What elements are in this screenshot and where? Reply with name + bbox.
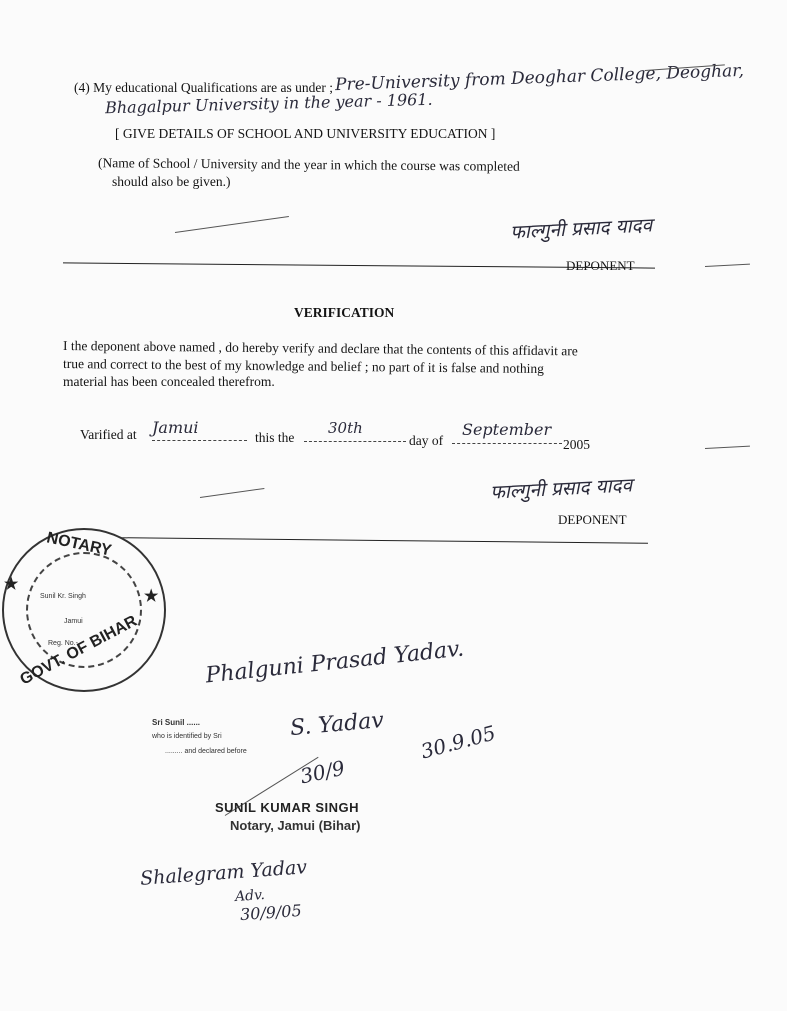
verified-at-label: Varified at [80,427,137,443]
verified-place: Jamui [152,418,199,437]
qualifications-instruction: [ GIVE DETAILS OF SCHOOL AND UNIVERSITY … [115,126,495,142]
star-icon: ★ [4,574,18,594]
attestation-stamp-line2: who is identified by Sri [152,733,222,740]
verification-heading: VERIFICATION [294,305,394,321]
identifier-date: 30/9/05 [239,901,302,924]
pen-mark [175,216,289,233]
divider-line [120,537,648,544]
notary-seal: NOTARY GOVT. OF BIHAR ★ ★ Sunil Kr. Sing… [2,528,166,692]
deponent-signature: फाल्गुनी प्रसाद यादव [509,211,652,244]
attestation-initial: S. Yadav [289,708,385,741]
identifier-name: Shalegram Yadav [139,856,307,890]
deponent-signature: फाल्गुनी प्रसाद यादव [489,471,632,504]
attestation-date: 30.9.05 [418,721,498,764]
verified-month: September [462,420,551,439]
qualifications-note-line1: (Name of School / University and the yea… [98,155,520,175]
notary-seal-place: Jamui [64,618,83,625]
notary-seal-reg-no: Reg. No.- [48,640,78,647]
attestation-stamp-line3: ......... and declared before [165,748,247,755]
notary-seal-name: Sunil Kr. Singh [40,593,86,600]
deponent-label: DEPONENT [558,512,627,528]
identifier-role: Adv. [234,887,265,905]
pen-mark [705,446,750,449]
place-blank [152,440,247,441]
pen-mark [200,488,265,498]
month-blank [452,443,562,444]
notary-name: SUNIL KUMAR SINGH [215,800,359,815]
attestation-handwritten-name: Phalguni Prasad Yadav. [204,637,465,689]
notary-place: Notary, Jamui (Bihar) [230,818,361,833]
qualifications-note-line2: should also be given.) [112,174,230,190]
day-blank [304,441,406,442]
day-of-label: day of [409,433,443,449]
attestation-date-2: 30/9 [298,756,347,789]
verified-year: 2005 [563,437,590,453]
this-the-label: this the [255,430,294,446]
star-icon: ★ [144,586,158,606]
verification-body-line3: material has been concealed therefrom. [63,374,275,390]
verified-day: 30th [328,419,363,437]
pen-mark [705,264,750,267]
attestation-stamp-line1: Sri Sunil ...... [152,718,200,727]
